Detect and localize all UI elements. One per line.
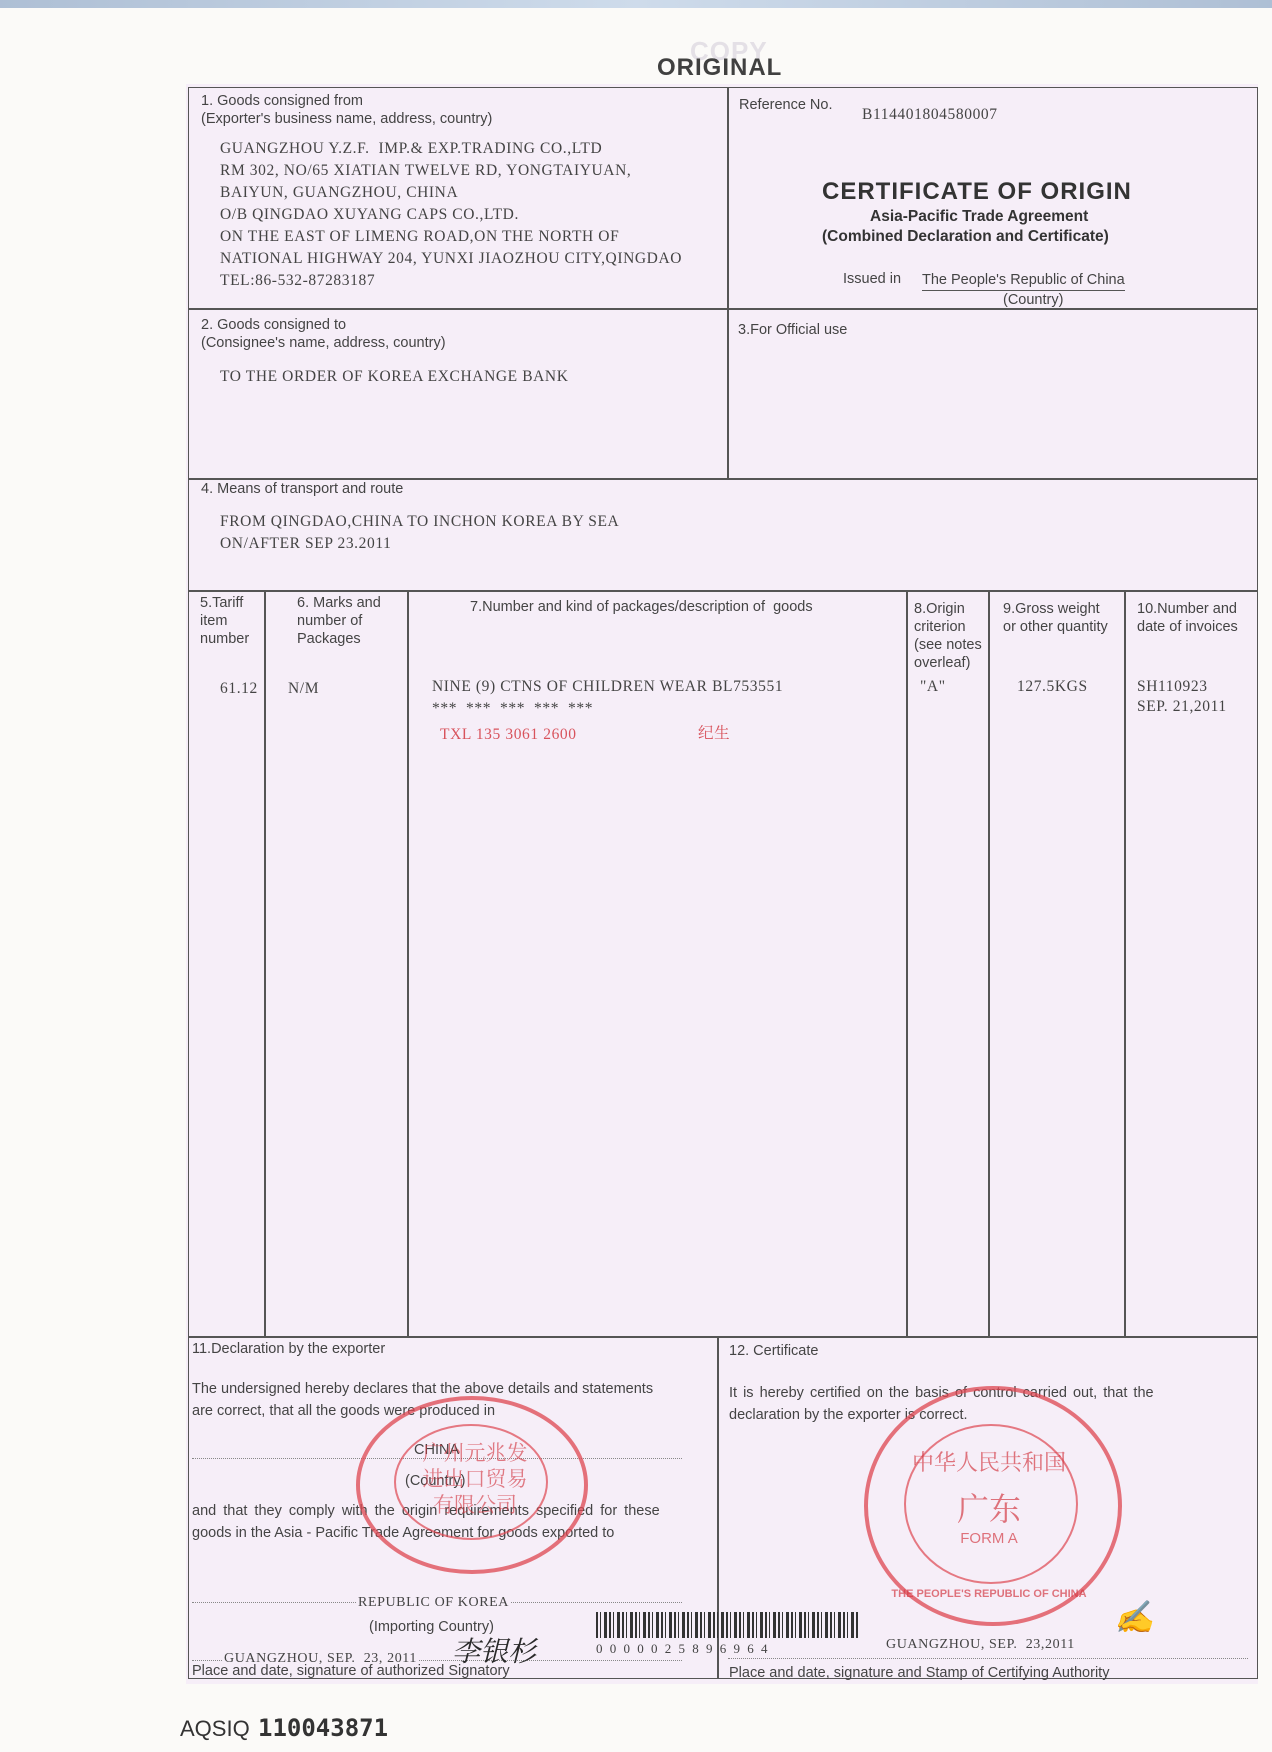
divider-box1-box2 bbox=[188, 308, 1258, 310]
box2-sublabel: (Consignee's name, address, country) bbox=[201, 334, 446, 352]
box12-label: 12. Certificate bbox=[729, 1342, 818, 1360]
exporter-line-3: BAIYUN, GUANGZHOU, CHINA bbox=[220, 182, 458, 204]
authority-signature-line bbox=[728, 1658, 1248, 1659]
issued-in-country: The People's Republic of China bbox=[922, 271, 1125, 291]
exporter-line-2: RM 302, NO/65 XIATIAN TWELVE RD, YONGTAI… bbox=[220, 160, 631, 182]
col-header-criterion: 8.Origin criterion (see notes overleaf) bbox=[914, 600, 982, 672]
country-caption: (Country) bbox=[1003, 291, 1063, 309]
scan-edge bbox=[0, 0, 1272, 8]
authority-stamp-form: FORM A bbox=[904, 1530, 1074, 1547]
col-divider-3 bbox=[906, 590, 908, 1336]
importing-country: REPUBLIC OF KOREA bbox=[356, 1592, 511, 1614]
exporter-line-7: TEL:86-532-87283187 bbox=[220, 270, 375, 292]
divider-box4-table bbox=[188, 590, 1258, 592]
col-divider-4 bbox=[988, 590, 990, 1336]
transport-line-2: ON/AFTER SEP 23.2011 bbox=[220, 533, 391, 555]
box3-label: 3.For Official use bbox=[738, 321, 847, 339]
col-header-marks: 6. Marks and number of Packages bbox=[297, 594, 381, 648]
exporter-line-4: O/B QINGDAO XUYANG CAPS CO.,LTD. bbox=[220, 204, 519, 226]
col-divider-5 bbox=[1124, 590, 1126, 1336]
box2-label: 2. Goods consigned to bbox=[201, 316, 346, 334]
aqsiq-number: 110043871 bbox=[258, 1714, 388, 1742]
description-value: NINE (9) CTNS OF CHILDREN WEAR BL753551 bbox=[432, 676, 783, 698]
handwritten-name-note: 纪生 bbox=[698, 722, 730, 744]
authority-signature: ✍ bbox=[1114, 1598, 1154, 1636]
tariff-value: 61.12 bbox=[220, 678, 258, 700]
declaration-text-1: The undersigned hereby declares that the… bbox=[192, 1380, 653, 1398]
box1-label: 1. Goods consigned from bbox=[201, 92, 363, 110]
authority-stamp-province: 广东 bbox=[904, 1484, 1074, 1530]
box4-label: 4. Means of transport and route bbox=[201, 480, 403, 498]
issued-in-label: Issued in bbox=[843, 270, 901, 288]
box12-footer-label: Place and date, signature and Stamp of C… bbox=[729, 1664, 1109, 1682]
authority-stamp-ring-text: THE PEOPLE'S REPUBLIC OF CHINA bbox=[884, 1588, 1094, 1600]
barcode-digits: 0 0 0 0 0 2 5 8 9 6 9 6 4 bbox=[596, 1638, 770, 1660]
authority-place-date: GUANGZHOU, SEP. 23,2011 bbox=[886, 1634, 1075, 1656]
criterion-value: "A" bbox=[920, 676, 946, 698]
exporter-stamp-text: 广州元兆发进出口贸易有限公司 bbox=[420, 1440, 530, 1518]
col-divider-2 bbox=[407, 590, 409, 1336]
box1-sublabel: (Exporter's business name, address, coun… bbox=[201, 110, 492, 128]
handwritten-phone-note: TXL 135 3061 2600 bbox=[440, 724, 577, 746]
col-divider-1 bbox=[264, 590, 266, 1336]
exporter-line-5: ON THE EAST OF LIMENG ROAD,ON THE NORTH … bbox=[220, 226, 619, 248]
box11-footer-label: Place and date, signature of authorized … bbox=[192, 1662, 510, 1680]
reference-number: B114401804580007 bbox=[862, 104, 998, 126]
col-header-tariff: 5.Tariff item number bbox=[200, 594, 249, 648]
description-stars: *** *** *** *** *** bbox=[432, 698, 593, 720]
col-header-invoice: 10.Number and date of invoices bbox=[1137, 600, 1238, 636]
invoice-date: SEP. 21,2011 bbox=[1137, 696, 1227, 718]
certificate-subtitle-2: (Combined Declaration and Certificate) bbox=[822, 228, 1109, 246]
certificate-title: CERTIFICATE OF ORIGIN bbox=[822, 178, 1132, 206]
authority-stamp-top-text: 中华人民共和国 bbox=[904, 1446, 1074, 1477]
exporter-line-6: NATIONAL HIGHWAY 204, YUNXI JIAOZHOU CIT… bbox=[220, 248, 682, 270]
marks-value: N/M bbox=[288, 678, 319, 700]
aqsiq-label: AQSIQ bbox=[180, 1716, 250, 1742]
box11-label: 11.Declaration by the exporter bbox=[192, 1340, 385, 1358]
barcode bbox=[596, 1612, 860, 1638]
col-header-weight: 9.Gross weight or other quantity bbox=[1003, 600, 1108, 636]
divider-box1-ref bbox=[727, 87, 729, 478]
invoice-number: SH110923 bbox=[1137, 676, 1208, 698]
exporter-line-1: GUANGZHOU Y.Z.F. IMP.& EXP.TRADING CO.,L… bbox=[220, 138, 602, 160]
transport-line-1: FROM QINGDAO,CHINA TO INCHON KOREA BY SE… bbox=[220, 511, 619, 533]
certificate-subtitle-1: Asia-Pacific Trade Agreement bbox=[870, 208, 1088, 226]
reference-label: Reference No. bbox=[739, 96, 833, 114]
original-title: ORIGINAL bbox=[657, 54, 782, 82]
consignee-value: TO THE ORDER OF KOREA EXCHANGE BANK bbox=[220, 366, 569, 388]
weight-value: 127.5KGS bbox=[1017, 676, 1088, 698]
divider-table-box11 bbox=[188, 1336, 1258, 1338]
col-header-description: 7.Number and kind of packages/descriptio… bbox=[470, 598, 813, 616]
